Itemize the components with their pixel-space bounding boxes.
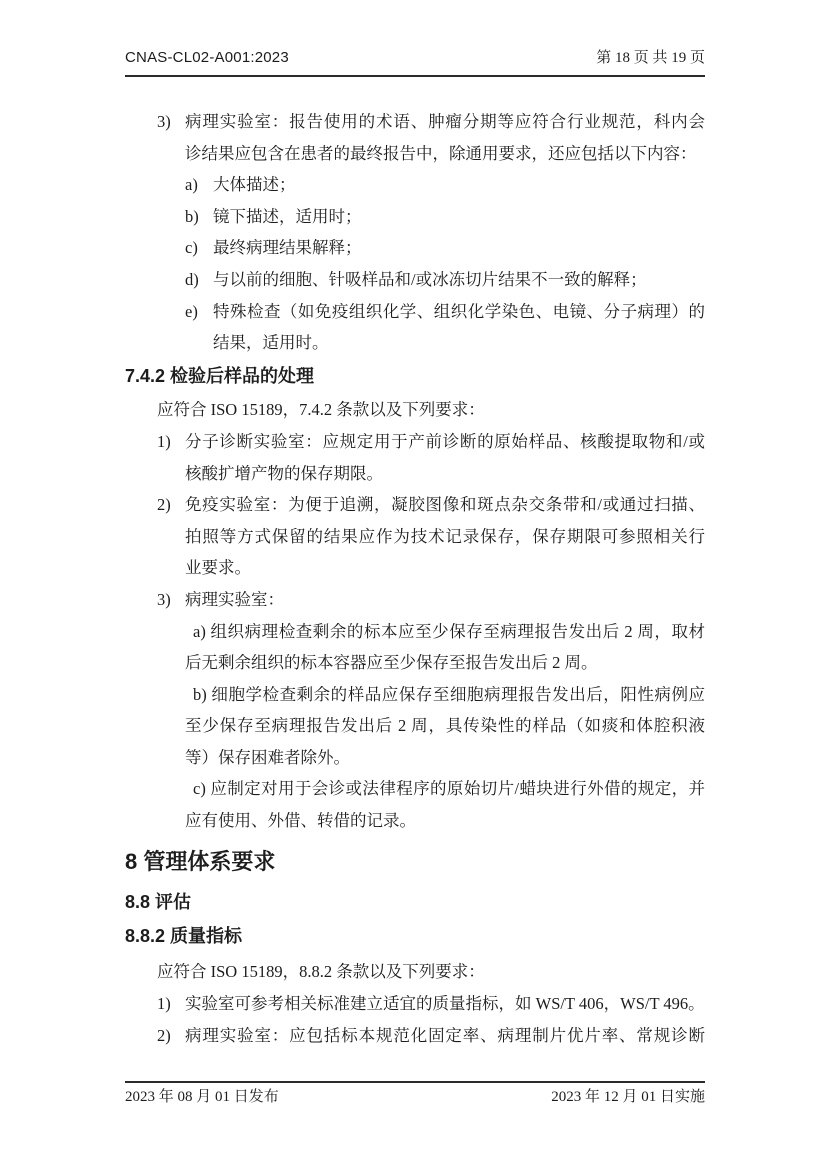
body-line: 分子诊断实验室：应规定用于产前诊断的原始样品、核酸提取物和/或 <box>185 426 705 458</box>
body-line: 病理实验室：报告使用的术语、肿瘤分期等应符合行业规范，科内会 <box>185 106 705 138</box>
lettered-list-item: b)镜下描述，适用时； <box>125 201 705 233</box>
body-line: 结果，适用时。 <box>213 327 705 359</box>
body-line: 免疫实验室：为便于追溯，凝胶图像和斑点杂交条带和/或通过扫描、 <box>185 489 705 521</box>
numbered-list-item: 1)分子诊断实验室：应规定用于产前诊断的原始样品、核酸提取物和/或核酸扩增产物的… <box>125 426 705 489</box>
numbered-list-item: 3)病理实验室： <box>125 584 705 616</box>
paragraph: 应符合 ISO 15189，7.4.2 条款以及下列要求： <box>125 394 705 426</box>
section-heading: 7.4.2 检验后样品的处理 <box>125 361 705 393</box>
body-line: 应符合 ISO 15189，7.4.2 条款以及下列要求： <box>125 394 705 426</box>
paragraph: 应符合 ISO 15189，8.8.2 条款以及下列要求： <box>125 956 705 988</box>
body-line: 等）保存困难者除外。 <box>185 742 705 774</box>
body-line: 最终病理结果解释； <box>213 232 705 264</box>
body-line: 应有使用、外借、转借的记录。 <box>185 805 705 837</box>
body-line: 诊结果应包含在患者的最终报告中，除通用要求，还应包括以下内容： <box>185 138 705 170</box>
numbered-list-item: 2)免疫实验室：为便于追溯，凝胶图像和斑点杂交条带和/或通过扫描、拍照等方式保留… <box>125 489 705 584</box>
page-number-indicator: 第 18 页 共 19 页 <box>596 48 705 68</box>
list-item-label: c) <box>185 232 198 264</box>
body-line: 至少保存至病理报告发出后 2 周，具传染性的样品（如痰和体腔积液 <box>185 710 705 742</box>
numbered-list-item: 3)病理实验室：报告使用的术语、肿瘤分期等应符合行业规范，科内会诊结果应包含在患… <box>125 106 705 169</box>
lettered-list-item: c)最终病理结果解释； <box>125 232 705 264</box>
implementation-date: 2023 年 12 月 01 日实施 <box>551 1088 705 1106</box>
list-item-label: a) <box>185 169 198 201</box>
body-line: 病理实验室：应包括标本规范化固定率、病理制片优片率、常规诊断 <box>185 1020 705 1052</box>
numbered-list-item: 2)病理实验室：应包括标本规范化固定率、病理制片优片率、常规诊断 <box>125 1020 705 1052</box>
section-heading: 8.8.2 质量指标 <box>125 921 705 953</box>
body-line: 应符合 ISO 15189，8.8.2 条款以及下列要求： <box>125 956 705 988</box>
page-footer: 2023 年 08 月 01 日发布 2023 年 12 月 01 日实施 <box>125 1081 705 1106</box>
list-item-label: 2) <box>157 1020 171 1052</box>
body-line: 核酸扩增产物的保存期限。 <box>185 458 705 490</box>
section-heading: 8 管理体系要求 <box>125 846 705 878</box>
body-line: 后无剩余组织的标本容器应至少保存至报告发出后 2 周。 <box>185 647 705 679</box>
section-heading: 8.8 评估 <box>125 887 705 919</box>
lettered-sub-item: c) 应制定对用于会诊或法律程序的原始切片/蜡块进行外借的规定，并应有使用、外借… <box>125 773 705 836</box>
body-line: b) 细胞学检查剩余的样品应保存至细胞病理报告发出后，阳性病例应 <box>185 679 705 711</box>
lettered-list-item: a)大体描述； <box>125 169 705 201</box>
body-line: 拍照等方式保留的结果应作为技术记录保存，保存期限可参照相关行 <box>185 521 705 553</box>
issue-date: 2023 年 08 月 01 日发布 <box>125 1088 279 1106</box>
list-item-label: d) <box>185 264 199 296</box>
body-line: 业要求。 <box>185 552 705 584</box>
document-page: CNAS-CL02-A001:2023 第 18 页 共 19 页 3)病理实验… <box>0 0 827 1170</box>
document-code: CNAS-CL02-A001:2023 <box>125 48 289 68</box>
list-item-label: 2) <box>157 489 171 521</box>
body-line: 实验室可参考相关标准建立适宜的质量指标，如 WS/T 406，WS/T 496。 <box>185 988 705 1020</box>
body-line: 大体描述； <box>213 169 705 201</box>
numbered-list-item: 1)实验室可参考相关标准建立适宜的质量指标，如 WS/T 406，WS/T 49… <box>125 988 705 1020</box>
body-line: 特殊检查（如免疫组织化学、组织化学染色、电镜、分子病理）的 <box>213 296 705 328</box>
list-item-label: 1) <box>157 988 171 1020</box>
lettered-list-item: d)与以前的细胞、针吸样品和/或冰冻切片结果不一致的解释； <box>125 264 705 296</box>
lettered-list-item: e)特殊检查（如免疫组织化学、组织化学染色、电镜、分子病理）的结果，适用时。 <box>125 296 705 359</box>
document-body: 3)病理实验室：报告使用的术语、肿瘤分期等应符合行业规范，科内会诊结果应包含在患… <box>125 106 705 1051</box>
body-line: 镜下描述，适用时； <box>213 201 705 233</box>
list-item-label: 3) <box>157 106 171 138</box>
lettered-sub-item: b) 细胞学检查剩余的样品应保存至细胞病理报告发出后，阳性病例应至少保存至病理报… <box>125 679 705 774</box>
list-item-label: e) <box>185 296 198 328</box>
body-line: 与以前的细胞、针吸样品和/或冰冻切片结果不一致的解释； <box>213 264 705 296</box>
body-line: c) 应制定对用于会诊或法律程序的原始切片/蜡块进行外借的规定，并 <box>185 773 705 805</box>
body-line: 病理实验室： <box>185 584 705 616</box>
page-header: CNAS-CL02-A001:2023 第 18 页 共 19 页 <box>125 48 705 77</box>
list-item-label: 1) <box>157 426 171 458</box>
lettered-sub-item: a) 组织病理检查剩余的标本应至少保存至病理报告发出后 2 周，取材后无剩余组织… <box>125 616 705 679</box>
list-item-label: 3) <box>157 584 171 616</box>
list-item-label: b) <box>185 201 199 233</box>
body-line: a) 组织病理检查剩余的标本应至少保存至病理报告发出后 2 周，取材 <box>185 616 705 648</box>
